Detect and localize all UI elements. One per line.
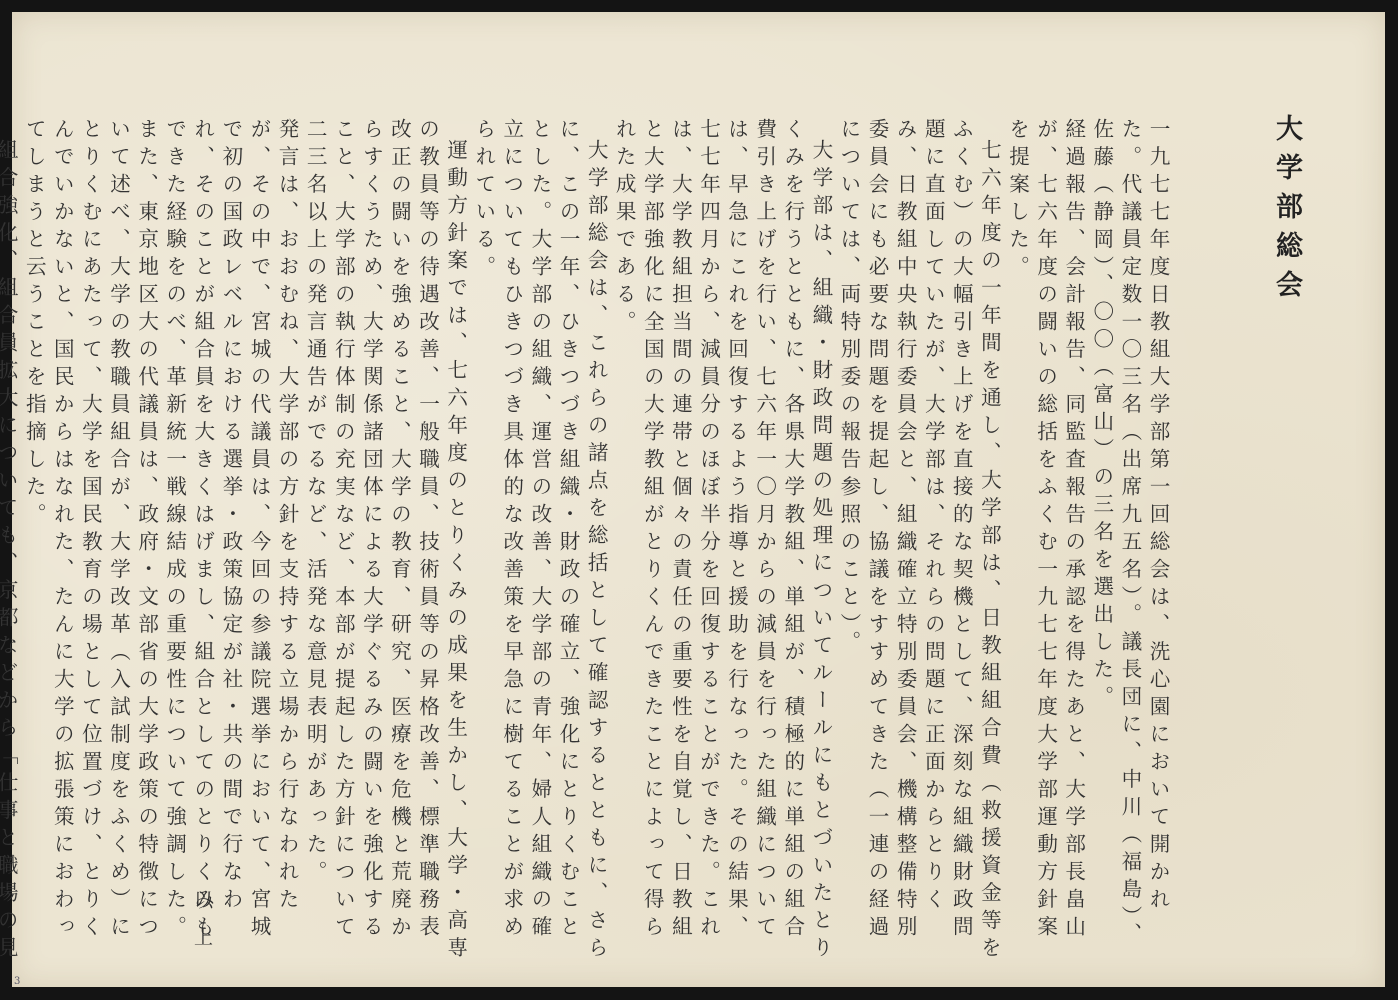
paragraph: 組合強化、組合員拡大についても、京都などから「仕事と職場の見直し運動」を重視する… [0, 118, 20, 968]
paragraph: 発言は、おおむね、大学部の方針を支持する立場から行なわれたが、その中で、宮城の代… [20, 118, 301, 968]
closing-mark: 以上 [189, 890, 216, 964]
paragraph: 運動方針案では、七六年度のとりくみの成果を生かし、大学・高専の教員等の待遇改善、… [301, 118, 470, 968]
page-title: 大学部総会 [1267, 114, 1306, 309]
paragraph: 七六年度の一年間を通し、大学部は、日教組組合費（救援資金等をふくむ）の大幅引き上… [835, 118, 1004, 968]
paragraph: 大学部は、組織・財政問題の処理についてルールにもとづいたとりくみを行うとともに、… [610, 118, 835, 968]
document-page: 大学部総会 一九七七年度日教組大学部第一回総会は、洗心園において開かれた。代議員… [12, 12, 1385, 987]
paragraph: 経過報告、会計報告、同監査報告の承認を得たあと、大学部長畠山が、七六年度の闘いの… [1003, 118, 1087, 968]
page-number: 3 [14, 976, 20, 987]
paragraph: 大学部総会は、これらの諸点を総括として確認するとともに、さらに、この一年、ひきつ… [470, 118, 610, 968]
paragraph: 一九七七年度日教組大学部第一回総会は、洗心園において開かれた。代議員定数一〇三名… [1088, 118, 1172, 968]
article-body: 一九七七年度日教組大学部第一回総会は、洗心園において開かれた。代議員定数一〇三名… [0, 118, 1172, 968]
